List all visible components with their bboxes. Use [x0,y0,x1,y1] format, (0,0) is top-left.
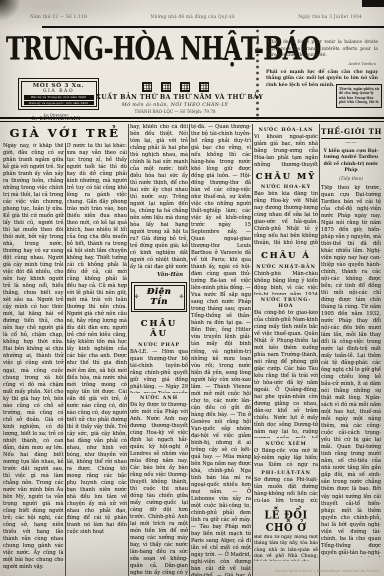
subsection-japan: NƯỚC NHẬT-BẢN [254,264,318,270]
masthead-address-line: THÀNH BÁO-LỘC — Số Téléph: 79.78 [96,109,254,114]
publish-schedule-line: XUẤT BẢN THỨ BA THỨ NĂM VÀ THỨ BẢY [96,94,254,101]
motto-block: Il faut de la force pour tenir la balanc… [266,40,378,90]
motto-french: Il faut de la force pour tenir la balanc… [266,40,378,60]
masthead-motto-line: Mở mến ái-nhân, NÓI THEO CHÂN-LÝ [96,103,254,108]
dateline-issue: Năm thứ 12 — Số 1.118 [30,14,87,19]
ornament-divider: —·— [321,141,381,146]
column-rule [128,124,129,576]
france-news-text: BA-LÊ. — Hôm qua quan thượng-thư bộ tài-… [130,349,188,393]
newspaper-page: Năm thứ 12 — Số 1.118 Những nhà đề mà đă… [0,0,384,576]
continued-label: (Tiếp theo) [321,177,381,182]
relocation-notice-text: Bắt đầu từ ngày mồng một tháng tám tây n… [254,535,318,561]
subscription-rate-2: Nam-kỳ và ngoại-quốc: một năm 6$00 [24,101,94,106]
kanji-glyph [161,82,171,92]
fleuron-icon: ✣ [135,294,139,300]
lead-article-signature: Vân-Hàn [130,272,183,278]
subsection-usa: NƯỚC HOA-KỲ [254,184,318,190]
subscription-rate-1: Bắc-kỳ và Trung-kỳ: một năm 5$00 [24,95,94,100]
england-news-text: Đã ký được tờ thương-ước mới của Pháp vớ… [130,402,188,576]
subsection-siam: NƯỚC XIÊM [254,441,318,447]
kanji-glyph [142,82,152,92]
subsection-china: NƯỚC TRUNG-HOA [254,297,318,309]
lead-article-columns: Ngày nay, ở khắp thế giới, đâu cũng có s… [3,143,127,576]
column-commentary: THẾ-GIỚI THỜI-ĐÀM —·— Ý kiến quan cựu Đạ… [321,124,381,576]
column-rule [189,124,190,576]
dateline-center: Những nhà đề mà đăng của Quý-xã [151,14,235,19]
commentary-subtitle: Ý kiến quan cựu Đại-tướng André Tardieu … [323,149,379,175]
scan-corner-mark [362,0,384,7]
subsection-philippines: PHI-LUẬT-TÂN [254,470,318,476]
header-divider-rule [0,117,384,122]
kanji-glyph [180,82,190,92]
kanji-glyph [199,82,209,92]
dateline-date: Ngày thứ ba 3 Juillet 1934 [298,14,362,19]
japan-news-text: Chính-phủ Mãn-châu không bằng lòng ý kiế… [254,271,318,295]
price-box-inner: MỖI SỐ 3 Xu. GIÁ BÁO Bắc-kỳ và Trung-kỳ:… [21,81,97,108]
column-world-news: NƯỚC HÒA-LAN Vì khoản ngoại-quốc giảm gi… [254,124,318,576]
chinese-title [96,82,254,92]
china-news-text: Đã công-bố tờ giao-kèo của chính-phủ Nam… [254,310,318,438]
lead-article-column-1: Ngày nay, ở khắp thế giới, đâu cũng có s… [3,143,64,576]
commentary-heading: THẾ-GIỚI THỜI-ĐÀM [321,127,381,139]
gallica-watermark: Source gallica.bnf.fr / Bibliothèque nat… [275,569,379,573]
column-telegrams-europe: hay, khiến cho cả đôi bên đều thiệt. Nói… [130,124,188,576]
lead-article-column-2: Ở nước ta thì lại khác: xưa nay vẫn theo… [67,143,128,576]
motto-attribution: André Tardieu [266,61,376,66]
lead-article: GIÀ VỚI TRẺ Ngày nay, ở khắp thế giới, đ… [3,124,127,576]
subsection-england: NƯỚC ANH [130,395,188,401]
lead-article-headline: GIÀ VỚI TRẺ [3,126,127,140]
section-heading-asia: CHÂU Á [254,250,318,260]
column-rule [252,124,253,576]
main-content: GIÀ VỚI TRẺ Ngày nay, ở khắp thế giới, đ… [0,124,384,576]
column-rule [65,143,66,576]
philippines-news-text: Sở đường của Phi-luật-tân muốn đặt đường… [254,477,318,505]
lead-article-continuation: hay, khiến cho cả đôi bên đều thiệt. Nói… [130,124,188,270]
siam-news-text: Ở Băng-cốc vừa mở lễ kỷ-niệm ngày lập hi… [254,448,318,468]
relocation-notice-title: LỄ ĐỔI CHỖ Ở [254,509,318,534]
telegram-box-inner: ✣ Điện Tín ✣ [134,285,185,310]
price-box: MỖI SỐ 3 Xu. GIÁ BÁO Bắc-kỳ và Trung-kỳ:… [18,78,99,110]
subsection-holland: NƯỚC HÒA-LAN [254,127,318,133]
ornament-chain-border [254,28,261,120]
dateline: Năm thứ 12 — Số 1.118 Những nhà đề mà đă… [0,14,384,19]
subscription-label: GIÁ BÁO [24,89,94,94]
column-wire-news: tệ-đã. — Quan thượng-thư bộ tài-chính tu… [191,124,251,576]
wire-news-text: tệ-đã. — Quan thượng-thư bộ tài-chính tu… [191,124,251,576]
telegram-box: ✣ Điện Tín ✣ [131,282,187,312]
section-heading-america: CHÂU MỸ [254,171,318,181]
section-heading-europe: CHÂU ÂU [130,318,188,338]
subsection-france: NƯỚC PHÁP [130,342,188,348]
telegram-section-title: Điện Tín [141,287,178,307]
masthead-center: XUẤT BẢN THỨ BA THỨ NĂM VÀ THỨ BẢY Mở mế… [96,82,254,114]
notice-box-line: phố Nhà Chung, Hà-Nội [339,100,379,105]
usa-news-text: Báo bên kia đăng tin rằng Hoa-kỳ với Nhậ… [254,191,318,247]
top-rule [42,26,384,28]
column-rule [319,124,320,576]
masthead-title: TRUNG-HÒA NHẬT-BÁO [6,33,256,65]
fleuron-icon: ✣ [179,294,183,300]
commentary-body-text: Tiếp theo kỳ trước, quan cựu Đại-tướng T… [321,185,381,557]
price-per-issue: MỖI SỐ 3 Xu. [24,83,94,89]
holland-news-text: Vì khoản ngoại-quốc giảm giá bạc, nên nh… [254,134,318,168]
motto-vietnamese: Phải có mạnh lực để cầm cân cho ngay thẳ… [266,70,378,90]
